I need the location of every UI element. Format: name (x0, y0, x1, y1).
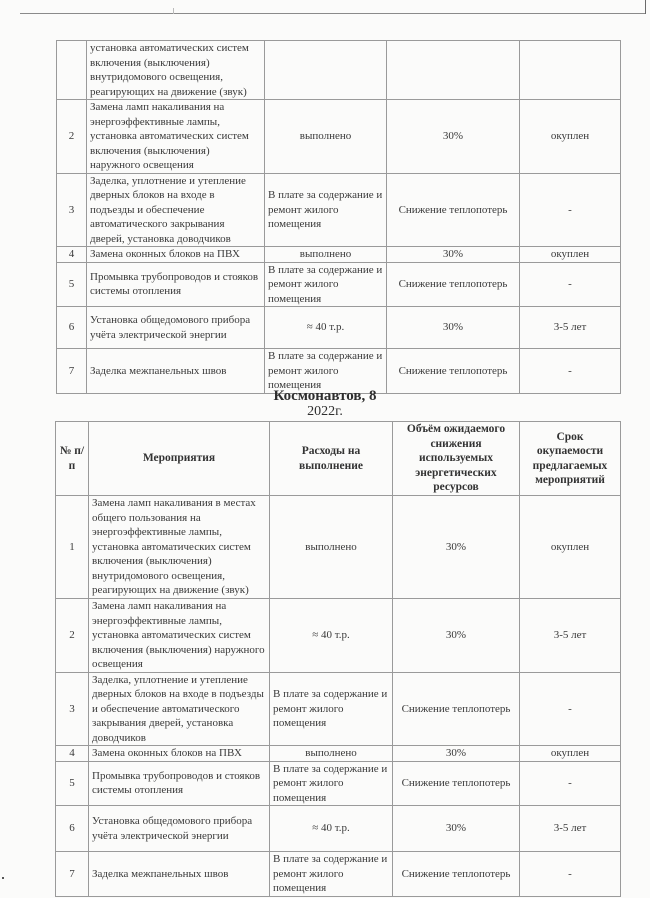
row-number: 5 (56, 761, 89, 806)
section-year: 2022г. (0, 404, 650, 420)
activity-cell: Замена оконных блоков на ПВХ (87, 247, 265, 263)
payback-cell: - (520, 349, 621, 394)
row-number: 4 (57, 247, 87, 263)
header-savings: Объём ожидаемого снижения используемых э… (393, 422, 520, 496)
scan-edge-top (20, 13, 646, 14)
savings-cell: Снижение теплопотерь (387, 349, 520, 394)
payback-cell: - (520, 173, 621, 247)
cost-cell: выполнено (265, 247, 387, 263)
activity-cell: Заделка межпанельных швов (89, 852, 270, 897)
cost-cell: ≈ 40 т.р. (270, 599, 393, 673)
savings-cell: 30% (387, 307, 520, 349)
row-number: 7 (57, 349, 87, 394)
payback-cell: 3-5 лет (520, 599, 621, 673)
table2-body: 1 Замена ламп накаливания в местах общег… (56, 496, 621, 897)
table-row: 1 Замена ламп накаливания в местах общег… (56, 496, 621, 599)
row-number: 7 (56, 852, 89, 897)
activity-cell: Установка общедомового прибора учёта эле… (87, 307, 265, 349)
row-number: 2 (57, 100, 87, 174)
payback-cell: окуплен (520, 746, 621, 762)
savings-cell: 30% (393, 806, 520, 852)
payback-cell: окуплен (520, 496, 621, 599)
table-row: 7 Заделка межпанельных швов В плате за с… (57, 349, 621, 394)
savings-cell: 30% (387, 100, 520, 174)
table-row: 3 Заделка, уплотнение и утепление дверны… (56, 672, 621, 746)
payback-cell: - (520, 852, 621, 897)
savings-cell: 30% (393, 599, 520, 673)
table-row: 2 Замена ламп накаливания на энергоэффек… (57, 100, 621, 174)
savings-cell: Снижение теплопотерь (393, 672, 520, 746)
cost-cell: выполнено (270, 496, 393, 599)
table-row: установка автоматических систем включени… (57, 41, 621, 100)
cost-cell: В плате за содержание и ремонт жилого по… (265, 173, 387, 247)
row-number: 2 (56, 599, 89, 673)
table-row: 4 Замена оконных блоков на ПВХ выполнено… (56, 746, 621, 762)
cost-cell: В плате за содержание и ремонт жилого по… (270, 672, 393, 746)
row-number: 4 (56, 746, 89, 762)
row-number: 6 (56, 806, 89, 852)
activity-cell: Промывка трубопроводов и стояков системы… (87, 262, 265, 307)
cost-cell: ≈ 40 т.р. (265, 307, 387, 349)
energy-plan-table-previous: установка автоматических систем включени… (56, 40, 621, 394)
activity-cell: Замена ламп накаливания в местах общего … (89, 496, 270, 599)
savings-cell: 30% (393, 746, 520, 762)
savings-cell (387, 41, 520, 100)
cost-cell: В плате за содержание и ремонт жилого по… (270, 761, 393, 806)
header-num: № п/п (56, 422, 89, 496)
table-row: 5 Промывка трубопроводов и стояков систе… (57, 262, 621, 307)
row-number (57, 41, 87, 100)
row-number: 3 (56, 672, 89, 746)
scan-tick (173, 8, 174, 14)
cost-cell: В плате за содержание и ремонт жилого по… (265, 349, 387, 394)
activity-cell: Заделка, уплотнение и утепление дверных … (87, 173, 265, 247)
savings-cell: Снижение теплопотерь (387, 262, 520, 307)
payback-cell: - (520, 672, 621, 746)
payback-cell: 3-5 лет (520, 307, 621, 349)
payback-cell: 3-5 лет (520, 806, 621, 852)
activity-cell: Замена ламп накаливания на энергоэффекти… (87, 100, 265, 174)
activity-cell: Установка общедомового прибора учёта эле… (89, 806, 270, 852)
activity-cell: Заделка межпанельных швов (87, 349, 265, 394)
cost-cell: выполнено (270, 746, 393, 762)
header-cost: Расходы на выполнение (270, 422, 393, 496)
savings-cell: 30% (393, 496, 520, 599)
scan-edge-right (645, 0, 646, 14)
table-row: 3 Заделка, уплотнение и утепление дверны… (57, 173, 621, 247)
table1-body: установка автоматических систем включени… (57, 41, 621, 394)
activity-cell: установка автоматических систем включени… (87, 41, 265, 100)
table-row: 7 Заделка межпанельных швов В плате за с… (56, 852, 621, 897)
payback-cell: окуплен (520, 100, 621, 174)
table-header: № п/п Мероприятия Расходы на выполнение … (56, 422, 621, 496)
row-number: 1 (56, 496, 89, 599)
savings-cell: Снижение теплопотерь (387, 173, 520, 247)
payback-cell: - (520, 262, 621, 307)
payback-cell: окуплен (520, 247, 621, 263)
payback-cell: - (520, 761, 621, 806)
savings-cell: Снижение теплопотерь (393, 852, 520, 897)
table-row: 2 Замена ламп накаливания на энергоэффек… (56, 599, 621, 673)
activity-cell: Заделка, уплотнение и утепление дверных … (89, 672, 270, 746)
cost-cell: ≈ 40 т.р. (270, 806, 393, 852)
activity-cell: Замена оконных блоков на ПВХ (89, 746, 270, 762)
header-row: № п/п Мероприятия Расходы на выполнение … (56, 422, 621, 496)
table-row: 4 Замена оконных блоков на ПВХ выполнено… (57, 247, 621, 263)
activity-cell: Промывка трубопроводов и стояков системы… (89, 761, 270, 806)
row-number: 6 (57, 307, 87, 349)
cost-cell (265, 41, 387, 100)
header-activity: Мероприятия (89, 422, 270, 496)
cost-cell: В плате за содержание и ремонт жилого по… (270, 852, 393, 897)
cost-cell: выполнено (265, 100, 387, 174)
energy-plan-table: № п/п Мероприятия Расходы на выполнение … (55, 421, 621, 897)
row-number: 3 (57, 173, 87, 247)
savings-cell: Снижение теплопотерь (393, 761, 520, 806)
row-number: 5 (57, 262, 87, 307)
section-title: Космонавтов, 8 (0, 388, 650, 405)
savings-cell: 30% (387, 247, 520, 263)
table-row: 6 Установка общедомового прибора учёта э… (56, 806, 621, 852)
header-payback: Срок окупаемости предлагаемых мероприяти… (520, 422, 621, 496)
payback-cell (520, 41, 621, 100)
table-row: 5 Промывка трубопроводов и стояков систе… (56, 761, 621, 806)
scan-speck (2, 877, 4, 879)
table-row: 6 Установка общедомового прибора учёта э… (57, 307, 621, 349)
activity-cell: Замена ламп накаливания на энергоэффекти… (89, 599, 270, 673)
cost-cell: В плате за содержание и ремонт жилого по… (265, 262, 387, 307)
